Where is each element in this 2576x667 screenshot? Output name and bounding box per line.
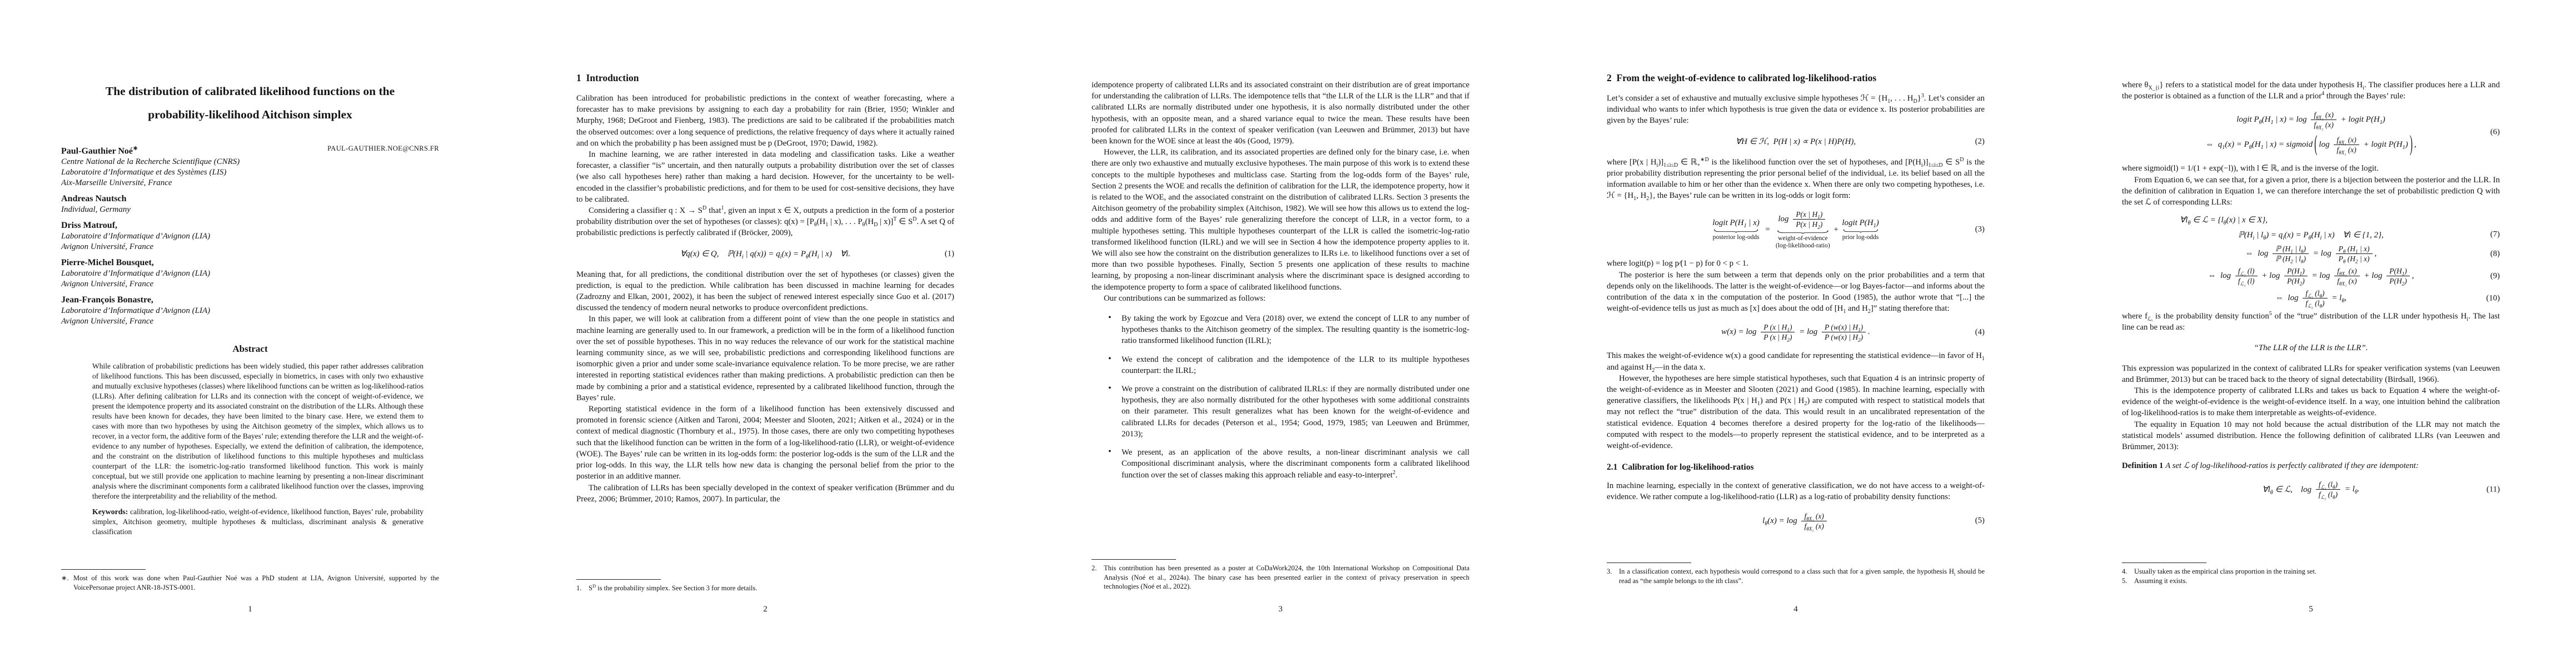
author-affiliation: Laboratoire d’Informatique et des Systèm… [61,167,439,178]
fraction-denominator: fθX₂ (x) [2334,145,2359,155]
fraction-numerator: P(H1) [2284,266,2308,276]
math-group: log P(x | H1)P(x | H2) [1778,210,1827,229]
fraction-numerator: ℙ (H1 | lθ) [2273,244,2309,254]
math-text: lθ(x) = log [1762,516,1799,526]
equation-row: ∀lθ ∈ ℒ, log fℒ₁ (lθ)fℒ₂ (lθ) = lθ. [2262,480,2359,499]
footnote-rule [61,569,146,570]
bullet-marker-icon: • [1108,447,1122,481]
bullet-text: We present, as an application of the abo… [1122,447,1469,481]
underbrace-icon [1713,229,1758,233]
page-2-footnotes: 1.SD is the probability simplex. See Sec… [576,579,954,593]
footnote-rule [2122,563,2206,563]
paragraph: The calibration of LLRs has been special… [576,482,954,505]
math-text: ⇔ log [2275,293,2300,303]
author-affiliation: Laboratoire d’Informatique d’Avignon (LI… [61,231,439,242]
fraction-numerator: P(H1) [2386,266,2410,276]
fraction: ℙ (H1 | lθ)ℙ (H2 | lθ) [2273,244,2309,263]
underbraced-term: logit P(H1 | x)posterior log-odds [1712,218,1760,241]
definition-text: A set ℒ of log-likelihood-ratios is perf… [2165,461,2419,470]
paragraph: Meaning that, for all predictions, the c… [576,269,954,314]
fraction-numerator: fℒ₁ (lθ) [2316,480,2340,490]
display-equation: lθ(x) = log fθX₁ (x)fθX₂ (x)(5) [1607,511,1985,531]
paragraph: where sigmoid(l) = 1/(1 + exp(−l)), with… [2122,163,2500,174]
keywords-paragraph: Keywords: calibration, log-likelihood-ra… [61,507,439,537]
author-name-line: Jean-François Bonastre, [61,295,439,306]
math-text: logit P(H1) [1842,218,1879,228]
math-text: = log [1797,327,1820,337]
page-3-footnotes: 2.This contribution has been presented a… [1092,559,1469,591]
equation-number: (4) [1975,327,1985,337]
fraction-denominator: P(H2) [2386,276,2410,286]
author-affiliation: Avignon Université, France [61,316,439,327]
paragraph: Considering a classifier q : X → SD that… [576,205,954,239]
display-equation: ⇔ log ℙ (H1 | lθ)ℙ (H2 | lθ) = log Pθ (H… [2122,244,2500,263]
math-text: w(x) = log [1721,327,1758,337]
author-block: Pierre-Michel Bousquet,Laboratoire d’Inf… [61,257,439,290]
page-number: 3 [1092,605,1469,614]
footnote-marker: 3. [1607,567,1619,585]
display-math-line: ∀lθ ∈ ℒ = {lθ(x) | x ∈ X}, [2122,215,2500,225]
author-email: PAUL-GAUTHIER.NOE@CNRS.FR [327,143,439,154]
fraction-numerator: fθX₁ (x) [2334,266,2359,276]
section-heading: 1 Introduction [576,72,954,84]
bullet-text: We extend the concept of calibration and… [1122,354,1469,376]
fraction: fθX₁ (x)fθX₂ (x) [1801,511,1826,531]
footnote: 2.This contribution has been presented a… [1092,564,1469,591]
underbrace-icon [1777,230,1829,234]
math-text: log [2319,140,2331,150]
math-text: + logit P(H1) [2339,115,2385,125]
fraction: Pθ (H1 | x)Pθ (H2 | x) [2336,244,2373,263]
fraction-denominator: fθX₂ (x) [1801,521,1826,531]
fraction: fℒ₁ (lθ)fℒ₂ (lθ) [2303,288,2327,308]
math-text: logit Pθ(H1 | x) = log [2236,115,2309,125]
footnote-rule [1607,563,1691,563]
quote-line: “The LLR of the LLR is the LLR”. [2122,344,2500,353]
underbraced-term: logit P(H1)prior log-odds [1842,218,1879,241]
fraction-denominator: fℒ₂ (l) [2235,276,2258,286]
fraction: P(x | H1)P(x | H2) [1793,210,1825,229]
page-2: 1 IntroductionCalibration has been intro… [515,0,1030,667]
abstract-heading: Abstract [61,344,439,355]
author-name-line: Pierre-Michel Bousquet, [61,257,439,268]
display-equation: ℙ(Hi | lθ) = qi(x) = Pθ(Hi | x) ∀i ∈ {1,… [2122,228,2500,241]
equation-row: ∀H ∈ ℋ, P(H | x) ∝ P(x | H)P(H), [1736,135,1856,148]
page-4-footnotes: 3.In a classification context, each hypo… [1607,563,1985,585]
math-text: + [1831,225,1841,235]
bullet-item: •By taking the work by Egozcue and Vera … [1108,313,1469,347]
author-list: PAUL-GAUTHIER.NOE@CNRS.FRPaul-Gauthier N… [61,143,439,327]
footnote-text: Usually taken as the empirical class pro… [2134,567,2500,576]
fraction-numerator: fθX₁ (x) [1801,511,1826,521]
display-equation: ∀H ∈ ℋ, P(H | x) ∝ P(x | H)P(H),(2) [1607,135,1985,148]
equation-row: lθ(x) = log fθX₁ (x)fθX₂ (x) [1762,511,1829,531]
big-paren: ( [2314,132,2317,157]
bullet-text: By taking the work by Egozcue and Vera (… [1122,313,1469,347]
math-text: log [1778,215,1791,224]
fraction-denominator: ℙ (H2 | lθ) [2273,254,2309,263]
page-5: where θX_{i} refers to a statistical mod… [2061,0,2576,667]
paragraph: This makes the weight-of-evidence w(x) a… [1607,350,1985,372]
footnote-marker: 4. [2122,567,2134,576]
page-number: 2 [576,605,954,614]
author-affiliation: Individual, Germany [61,205,439,215]
math-text: , [2414,140,2416,150]
fraction-denominator: fθX₂ (x) [2311,120,2336,130]
underbrace-label: weight-of-evidence (log-likelihood-ratio… [1776,235,1830,250]
fraction: P(H1)P(H2) [2386,266,2410,286]
math-text: ℙ(Hi | lθ) = qi(x) = Pθ(Hi | x) ∀i ∈ {1,… [2238,230,2384,240]
footnote-marker: ∗. [61,574,73,592]
equation-row: logit P(H1 | x)posterior log-odds = log … [1711,210,1880,250]
math-text: ∀q(x) ∈ Q, ℙ(Hi | q(x)) = qi(x) = Pθ(Hi … [680,248,850,259]
math-text: = [1761,225,1775,235]
fraction: fℒ₁ (lθ)fℒ₂ (lθ) [2316,480,2340,499]
underbraced-content: logit P(H1) [1842,218,1879,228]
page-4: 2 From the weight-of-evidence to calibra… [1546,0,2061,667]
equation-row: ⇔ log fℒ₁ (l)fℒ₂ (l) + log P(H1)P(H2) = … [2208,266,2414,286]
paragraph: where θX_{i} refers to a statistical mod… [2122,79,2500,102]
author-affiliation: Avignon Université, France [61,279,439,290]
footnote: 5.Assuming it exists. [2122,576,2500,586]
underbrace-icon [1843,229,1879,233]
math-text: ∀H ∈ ℋ, P(H | x) ∝ P(x | H)P(H), [1736,136,1856,147]
math-text: + logit P(H1) [2361,140,2408,150]
page-5-body: where θX_{i} refers to a statistical mod… [2122,79,2500,507]
paragraph: where fℒᵢ is the probability density fun… [2122,311,2500,333]
author-block: Jean-François Bonastre,Laboratoire d’Inf… [61,295,439,327]
footnote: 1.SD is the probability simplex. See Sec… [576,584,954,593]
math-text: logit P(H1 | x) [1712,218,1760,228]
author-affiliation: Aix-Marseille Université, France [61,178,439,188]
fraction: fθX₁ (x)fθX₂ (x) [2311,110,2336,130]
fraction-numerator: P(x | H1) [1793,210,1825,220]
bullet-list: •By taking the work by Egozcue and Vera … [1108,313,1469,481]
paragraph: where logit(p) = log p∕(1 − p) for 0 < p… [1607,258,1985,269]
math-text: = lθ. [2343,485,2360,494]
math-text: . [1868,327,1870,337]
bullet-marker-icon: • [1108,384,1122,440]
bullet-item: •We present, as an application of the ab… [1108,447,1469,481]
page-1-footnotes: ∗.Most of this work was done when Paul-G… [61,569,439,592]
fraction-numerator: fθX₁ (x) [2311,110,2336,120]
paragraph: Our contributions can be summarized as f… [1092,293,1469,304]
equation-number: (1) [945,249,954,258]
display-equation: ⇔ log fℒ₁ (l)fℒ₂ (l) + log P(H1)P(H2) = … [2122,266,2500,286]
fraction-numerator: fθX₁ (x) [2334,135,2359,145]
equation-number: (7) [2490,230,2500,240]
page-5-footnotes: 4.Usually taken as the empirical class p… [2122,563,2500,585]
fraction-denominator: P(H2) [2284,276,2308,286]
underbraced-content: log P(x | H1)P(x | H2) [1778,210,1827,229]
paragraph: Reporting statistical evidence in the fo… [576,404,954,482]
paragraph: Calibration has been introduced for prob… [576,93,954,149]
footnote-text: Most of this work was done when Paul-Gau… [73,574,439,592]
author-block: Driss Matrouf,Laboratoire d’Informatique… [61,220,439,252]
page-1-body: The distribution of calibrated likelihoo… [61,79,439,537]
footnote-text: In a classification context, each hypoth… [1619,567,1985,585]
paragraph: In machine learning, we are rather inter… [576,149,954,205]
definition: Definition 1 A set ℒ of log-likelihood-r… [2122,460,2500,471]
underbraced-term: log P(x | H1)P(x | H2)weight-of-evidence… [1776,210,1830,250]
bullet-item: •We extend the concept of calibration an… [1108,354,1469,376]
author-block: Andreas NautschIndividual, Germany [61,193,439,215]
fraction-denominator: P (w(x) | H2) [1822,332,1866,342]
footnote: 4.Usually taken as the empirical class p… [2122,567,2500,576]
paragraph: From Equation 6, we can see that, for a … [2122,175,2500,208]
footnote-rule [576,579,661,580]
definition-label: Definition 1 [2122,461,2163,470]
fraction-numerator: P (w(x) | H1) [1822,322,1866,332]
math-text: ∀lθ ∈ ℒ, log [2262,484,2314,495]
fraction-denominator: Pθ (H2 | x) [2336,254,2373,263]
bullet-marker-icon: • [1108,354,1122,376]
author-affiliation: Laboratoire d’Informatique d’Avignon (LI… [61,306,439,316]
big-paren: ) [2410,132,2413,157]
equation-row: w(x) = log P (x | H1)P (x | H2) = log P … [1721,322,1870,342]
author-name-line: PAUL-GAUTHIER.NOE@CNRS.FRPaul-Gauthier N… [61,143,439,157]
equation-number: (10) [2486,293,2500,303]
display-equation: ⇔ log fℒ₁ (lθ)fℒ₂ (lθ) = lθ,(10) [2122,288,2500,308]
fraction: P (w(x) | H1)P (w(x) | H2) [1822,322,1866,342]
footnote-marker: 1. [576,584,589,593]
footnote-text: This contribution has been presented as … [1104,564,1469,591]
math-text: ⇔ log [2245,249,2270,258]
page-3-body: idempotence property of calibrated LLRs … [1092,79,1469,488]
equation-row: ∀q(x) ∈ Q, ℙ(Hi | q(x)) = qi(x) = Pθ(Hi … [680,247,850,261]
fraction: P (x | H1)P (x | H2) [1761,322,1795,342]
paragraph: This is the idempotence property of cali… [2122,385,2500,419]
equation-number: (11) [2487,485,2500,494]
author-affiliation: Centre National de la Recherche Scientif… [61,157,439,167]
abstract-text: While calibration of probabilistic predi… [61,361,439,501]
page-number: 4 [1607,605,1985,614]
page-number: 5 [2122,605,2500,614]
fraction-numerator: Pθ (H1 | x) [2336,244,2373,254]
math-text: + log [2260,271,2283,281]
author-footnote-mark: ∗ [133,145,138,152]
fraction: P(H1)P(H2) [2284,266,2308,286]
page-3: idempotence property of calibrated LLRs … [1030,0,1546,667]
fraction-denominator: P (x | H2) [1761,332,1795,342]
paragraph: The posterior is here the sum between a … [1607,270,1985,315]
equation-row: logit Pθ(H1 | x) = log fθX₁ (x)fθX₂ (x) … [2236,110,2385,130]
paragraph: where [P(x | Hi)]1≤i≤D ∈ ℝ+∗D is the lik… [1607,157,1985,202]
bullet-marker-icon: • [1108,313,1122,347]
equation-row: ⇔ q1(x) = Pθ(H1 | x) = sigmoid(log fθX₁ … [2205,135,2416,155]
underbrace-label: prior log-odds [1842,234,1879,241]
keywords-label: Keywords: [92,507,128,516]
paper-title: The distribution of calibrated likelihoo… [61,79,439,126]
display-equation: ∀lθ ∈ ℒ, log fℒ₁ (lθ)fℒ₂ (lθ) = lθ.(11) [2122,480,2500,499]
fraction-denominator: P(x | H2) [1793,220,1825,229]
display-equation: ∀q(x) ∈ Q, ℙ(Hi | q(x)) = qi(x) = Pθ(Hi … [576,247,954,261]
equation-row: ⇔ log ℙ (H1 | lθ)ℙ (H2 | lθ) = log Pθ (H… [2245,244,2377,263]
paragraph: Let’s consider a set of exhaustive and m… [1607,93,1985,127]
paragraph: The equality in Equation 10 may not hold… [2122,419,2500,453]
equation-number: (3) [1975,225,1985,235]
fraction: fθX₁ (x)fθX₂ (x) [2334,135,2359,155]
display-equation: w(x) = log P (x | H1)P (x | H2) = log P … [1607,322,1985,342]
subsection-heading: 2.1 Calibration for log-likelihood-ratio… [1607,462,1985,472]
footnote: ∗.Most of this work was done when Paul-G… [61,574,439,592]
equation-number: (6) [2490,128,2500,137]
footnote-marker: 5. [2122,576,2134,586]
math-text: , [2375,249,2377,258]
page-1: The distribution of calibrated likelihoo… [0,0,515,667]
author-block: PAUL-GAUTHIER.NOE@CNRS.FRPaul-Gauthier N… [61,143,439,188]
keywords-value: calibration, log-likelihood-ratio, weigh… [92,507,423,536]
author-affiliation: Avignon Université, France [61,242,439,252]
math-text: ⇔ log [2208,271,2233,281]
fraction-numerator: P (x | H1) [1761,322,1795,332]
paragraph: However, the hypotheses are here simple … [1607,373,1985,451]
equation-number: (9) [2490,271,2500,281]
paragraph: This expression was popularized in the c… [2122,363,2500,385]
section-heading: 2 From the weight-of-evidence to calibra… [1607,72,1985,84]
author-name-line: Driss Matrouf, [61,220,439,231]
fraction: fθX₁ (x)fθX₂ (x) [2334,266,2359,286]
equation-number: (2) [1975,137,1985,146]
fraction-numerator: fℒ₁ (lθ) [2303,288,2327,298]
footnote-text: Assuming it exists. [2134,576,2500,586]
math-text: = log [2310,271,2333,281]
author-affiliation: Laboratoire d’Informatique d’Avignon (LI… [61,268,439,279]
page-2-body: 1 IntroductionCalibration has been intro… [576,72,954,505]
math-text: , [2412,271,2414,281]
paragraph: However, the LLR, its calibration, and i… [1092,147,1469,293]
footnote-text: SD is the probability simplex. See Secti… [589,584,954,593]
math-text: = log [2311,249,2334,258]
underbrace-label: posterior log-odds [1713,234,1760,241]
fraction: fℒ₁ (l)fℒ₂ (l) [2235,266,2258,286]
display-equation: logit P(H1 | x)posterior log-odds = log … [1607,210,1985,250]
author-name-line: Andreas Nautsch [61,193,439,205]
fraction-denominator: fℒ₂ (lθ) [2316,490,2340,499]
equation-number: (8) [2490,249,2500,258]
fraction-denominator: fℒ₂ (lθ) [2303,298,2327,308]
fraction-numerator: fℒ₁ (l) [2235,266,2258,276]
display-equation: logit Pθ(H1 | x) = log fθX₁ (x)fθX₂ (x) … [2122,110,2500,155]
footnote-marker: 2. [1092,564,1104,591]
paragraph: In this paper, we will look at calibrati… [576,313,954,404]
footnote-rule [1092,559,1176,560]
math-text: = lθ, [2330,293,2347,303]
bullet-text: We prove a constraint on the distributio… [1122,384,1469,440]
page-4-body: 2 From the weight-of-evidence to calibra… [1607,72,1985,539]
footnote: 3.In a classification context, each hypo… [1607,567,1985,585]
page-number: 1 [61,605,439,614]
equation-row: ℙ(Hi | lθ) = qi(x) = Pθ(Hi | x) ∀i ∈ {1,… [2238,228,2384,241]
document-canvas: arXiv:2509.03365v1 [cs.LG] 3 Sep 2025 Th… [0,0,2576,667]
paragraph: In machine learning, especially in the c… [1607,480,1985,502]
underbraced-content: logit P(H1 | x) [1712,218,1760,228]
equation-number: (5) [1975,516,1985,526]
fraction-denominator: fθX₂ (x) [2334,276,2359,286]
paragraph: idempotence property of calibrated LLRs … [1092,79,1469,147]
math-text: + log [2362,271,2385,281]
bullet-item: •We prove a constraint on the distributi… [1108,384,1469,440]
math-text: ⇔ q1(x) = Pθ(H1 | x) = sigmoid [2205,140,2313,150]
equation-row: ⇔ log fℒ₁ (lθ)fℒ₂ (lθ) = lθ, [2275,288,2346,308]
